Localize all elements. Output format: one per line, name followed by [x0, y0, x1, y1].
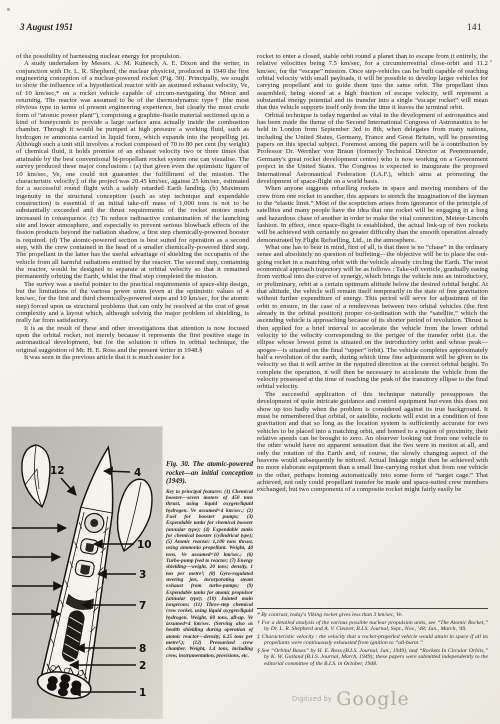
- footnote: † For a detailed analysis of the various…: [257, 620, 488, 633]
- callout-4: 4: [134, 467, 141, 479]
- body-paragraph: The survey was a useful pointer to the p…: [16, 281, 249, 325]
- watermark-prefix: Digitized by: [292, 696, 332, 703]
- journal-page: 3 August 1951 141 of the possibility of …: [0, 0, 500, 724]
- callout-8: 8: [139, 643, 146, 655]
- footnote: § See “Orbital Bases” by H. E. Ross (B.I…: [257, 648, 488, 668]
- callout-1: 1: [139, 687, 146, 699]
- figure-caption: Fig. 30. The atomic-powered rocket—an in…: [166, 460, 253, 659]
- callout-10: 10: [137, 539, 152, 551]
- scan-speck: [7, 8, 10, 11]
- rocket-diagram: 12 4 10 3 7 8 2 1: [12, 427, 162, 718]
- footnotes: * By contrast, today's Viking rocket giv…: [257, 608, 488, 668]
- page-number: 141: [467, 22, 482, 32]
- figure-caption-title: Fig. 30. The atomic-powered rocket—an in…: [166, 460, 253, 486]
- right-column: rocket to enter a closed, stable orbit r…: [257, 53, 488, 606]
- body-paragraph: What one has to bear in mind, first of a…: [257, 244, 488, 391]
- body-paragraph: A study undertaken by Messrs. A. M. Kune…: [16, 60, 249, 280]
- body-paragraph: When anyone suggests refuelling rockets …: [257, 185, 488, 244]
- footnote: * By contrast, today's Viking rocket giv…: [257, 612, 488, 619]
- body-paragraph: It is as the result of these and other i…: [16, 325, 249, 354]
- figure-caption-key: Key to principal features: (1) Chemical …: [166, 489, 253, 659]
- body-paragraph: rocket to enter a closed, stable orbit r…: [257, 53, 488, 112]
- callout-3: 3: [139, 569, 146, 581]
- body-paragraph: of the possibility of harnessing nuclear…: [16, 53, 249, 60]
- body-paragraph: It was seen in the previous article that…: [16, 354, 249, 361]
- google-logo: Google: [336, 688, 410, 710]
- google-watermark: Digitized by Google: [292, 688, 410, 710]
- body-paragraph: Orbital technique is today regarded as v…: [257, 112, 488, 185]
- callout-7: 7: [139, 600, 146, 612]
- left-column: of the possibility of harnessing nuclear…: [16, 53, 249, 425]
- footnote: ‡ Characteristic velocity : the velocity…: [257, 634, 488, 647]
- issue-date: 3 August 1951: [20, 22, 73, 32]
- figure-30-photo: 12 4 10 3 7 8 2 1: [12, 427, 162, 718]
- body-paragraph: The successful application of this techn…: [257, 391, 488, 494]
- callout-12: 12: [50, 465, 65, 477]
- callout-2: 2: [139, 660, 146, 672]
- scan-speck: [490, 60, 492, 62]
